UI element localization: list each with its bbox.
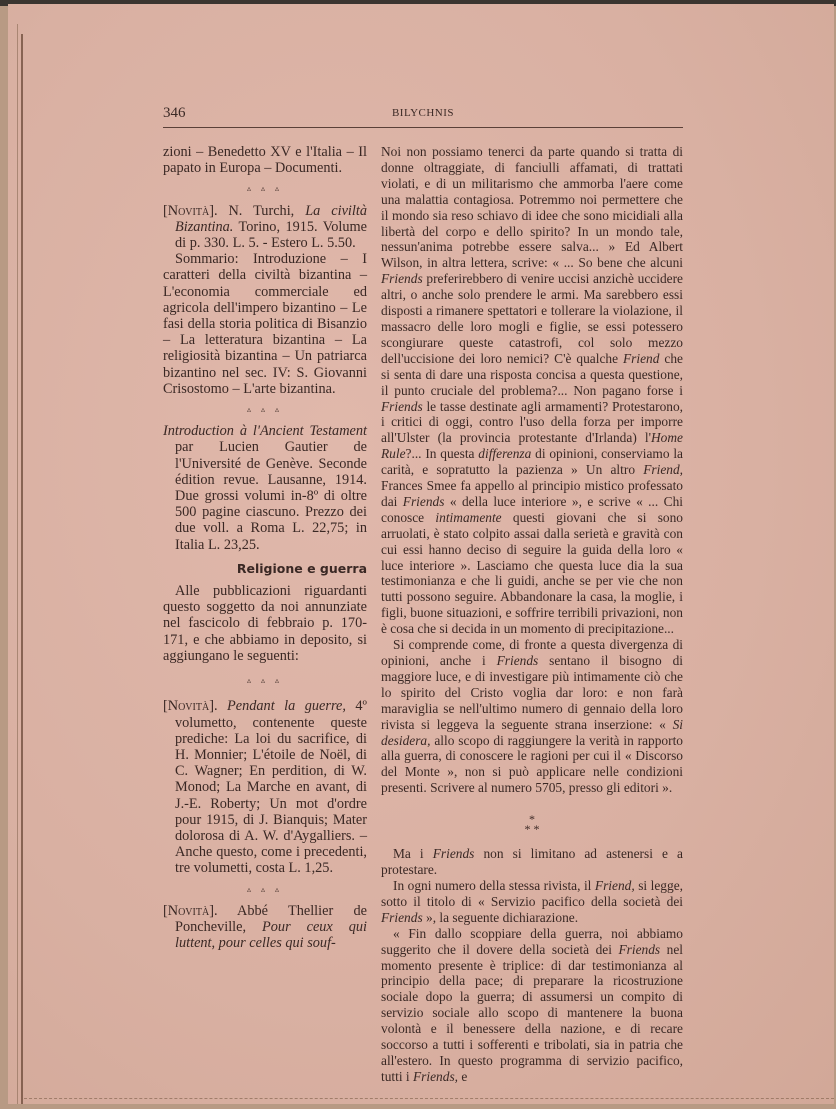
section-intro: Alle pubblicazioni riguardanti questo so… [163, 583, 367, 664]
ornament-divider: ▵ ▵ ▵ [163, 181, 367, 197]
italic-term: Friends [381, 399, 423, 414]
italic-term: Friends, [413, 1069, 458, 1084]
paragraph-letters: Noi non possiamo tenerci da parte quando… [381, 144, 683, 637]
paragraph-protestare: Ma i Friends non si limitano ad asteners… [381, 846, 683, 878]
intro-text: zioni – Benedetto XV e l'Italia – Il pap… [163, 144, 367, 176]
italic-term: Friends [497, 653, 539, 668]
italic-term: Friend, [643, 462, 683, 477]
entry-tag: [Novità]. [163, 903, 218, 919]
book-entry-turchi: [Novità]. N. Turchi, La civiltà Bizantin… [163, 203, 367, 252]
italic-term: Friend, [595, 878, 635, 893]
running-head: BILYCHNIS [163, 107, 683, 119]
italic-term: Friends [381, 910, 423, 925]
italic-term: differenza [478, 446, 531, 461]
paragraph-servizio-pacifico: In ogni numero della stessa rivista, il … [381, 878, 683, 926]
book-entry-pendant-la-guerre: [Novità]. Pendant la guerre, 4º volumett… [163, 698, 367, 876]
text-run: ?... In questa [406, 446, 479, 461]
ornament-divider: ▵ ▵ ▵ [163, 673, 367, 689]
book-entry-gautier: Introduction à l'Ancient Testament par L… [163, 423, 367, 553]
entry-title: Introduction à l'Ancient Testament [163, 423, 367, 439]
asterism-divider: * * * [381, 814, 683, 834]
text-run: In ogni numero della stessa rivista, il [393, 878, 595, 893]
italic-term: intimamente [435, 510, 501, 525]
text-run: Noi non possiamo tenerci da parte quando… [381, 144, 683, 270]
book-entry-thellier: [Novità]. Abbé Thellier de Poncheville, … [163, 903, 367, 952]
ornament-divider: ▵ ▵ ▵ [163, 882, 367, 898]
page-header: 346 BILYCHNIS [163, 103, 683, 128]
binding-edge [17, 24, 18, 1104]
entry-tag: [Novità]. [163, 698, 218, 714]
entry-title: Pendant la guerre, [227, 698, 346, 714]
binding-line [21, 34, 23, 1104]
entry-tag: [Novità]. [163, 203, 218, 219]
section-title: Religione e guerra [163, 561, 367, 577]
italic-term: Friends [618, 942, 660, 957]
right-column: Noi non possiamo tenerci da parte quando… [381, 144, 683, 1085]
entry-author: N. Turchi, [228, 203, 294, 219]
text-run: e [458, 1069, 467, 1084]
text-run: Ma i [393, 846, 433, 861]
paragraph-dichiarazione: « Fin dallo scoppiare della guerra, noi … [381, 926, 683, 1085]
italic-term: Friends [381, 271, 423, 286]
entry-summary: Sommario: Introduzione – I caratteri del… [163, 251, 367, 397]
ornament-divider: ▵ ▵ ▵ [163, 402, 367, 418]
italic-term: Friend [623, 351, 659, 366]
entry-details: par Lucien Gautier de l'Université de Ge… [175, 439, 367, 552]
text-run: », la seguente dichiarazione. [423, 910, 578, 925]
text-run: le tasse destinate agli armamenti? Prote… [381, 399, 683, 446]
italic-term: Friends [433, 846, 475, 861]
page-frame-bottom [24, 1098, 834, 1100]
paragraph-inserzione: Si comprende come, di fronte a questa di… [381, 637, 683, 796]
left-column: zioni – Benedetto XV e l'Italia – Il pap… [163, 144, 367, 951]
text-run: questi giovani che si sono arruolati, è … [381, 510, 683, 636]
entry-details: 4º volumetto, contenente queste prediche… [175, 698, 367, 876]
asterism-bottom: * * [381, 824, 683, 834]
text-run: nel momento presente è triplice: di dar … [381, 942, 683, 1084]
italic-term: Friends [403, 494, 445, 509]
